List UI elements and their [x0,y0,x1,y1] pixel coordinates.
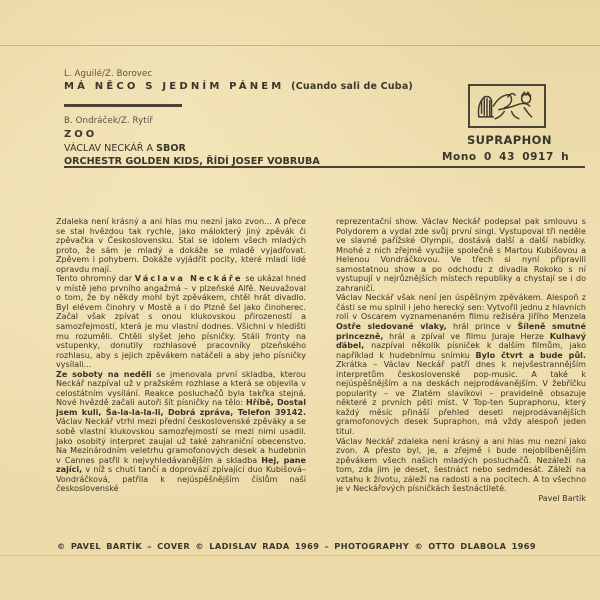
body-text: Václav Neckář zdaleka není krásný a ani … [336,437,586,494]
side-a-original-title: (Cuando sali de Cuba) [291,81,413,92]
lion-with-lyre-icon [470,86,544,126]
liner-notes-left-column: Zdaleka není krásný a ani hlas mu nezní … [56,217,306,494]
body-text: se ukázal hned v místě jeho prvního anga… [56,274,306,369]
liner-notes-right-column: reprezentační show. Václav Neckář podeps… [336,217,586,503]
fold-line-top [0,45,600,46]
side-b-title: ZOO [64,129,97,140]
liner-paragraph: reprezentační show. Václav Neckář podeps… [336,217,586,293]
side-b-composers: B. Ondráček/Z. Rytíř [64,116,153,126]
author-signature: Pavel Bartík [336,494,586,504]
liner-paragraph: Tento ohromný dar Václava Neckáře se uká… [56,274,306,369]
supraphon-logo [468,84,546,128]
emphasis-text: Ze soboty na neděli [56,370,152,379]
liner-paragraph: Václav Neckář zdaleka není krásný a ani … [336,437,586,494]
emphasis-text: Ostře sledované vlaky, [336,322,447,331]
fold-line-bottom [0,555,600,556]
liner-paragraph: Ze soboty na neděli se jmenovala první s… [56,370,306,494]
body-text: Václav Neckář však není jen úspěšným zpě… [336,293,586,321]
body-text: Zdaleka není krásný a ani hlas mu nezní … [56,217,306,274]
performer: VÁCLAV NECKÁŘ A SBOR [64,143,186,154]
header-rule [64,166,585,168]
brand-name: SUPRAPHON [467,133,552,147]
emphasis-text: Bylo čtvrt a bude půl. [476,351,586,360]
body-text: v níž s chutí tančí a doprovází zpívajíc… [56,465,306,493]
body-text: hrál a zpíval ve filmu Juraje Herze [383,332,549,341]
liner-paragraph: Václav Neckář však není jen úspěšným zpě… [336,293,586,436]
side-a-composers: L. Aguilé/Z. Borovec [64,69,152,79]
body-text: Zkrátka – Václav Neckář patří dnes k nej… [336,360,586,436]
catalog-number: Mono 0 43 0917 h [442,151,569,163]
track-separator [64,104,182,107]
copyright-footer: © PAVEL BARTÍK – COVER © LADISLAV RADA 1… [57,541,536,551]
liner-paragraph: Zdaleka není krásný a ani hlas mu nezní … [56,217,306,274]
side-a-title-text: MÁ NĚCO S JEDNÍM PÁNEM [64,81,284,92]
body-text: Tento ohromný dar [56,274,135,283]
side-a-title: MÁ NĚCO S JEDNÍM PÁNEM (Cuando sali de C… [64,81,413,92]
performer-name: VÁCLAV NECKÁŘ A [64,143,153,154]
emphasis-text: Václava Neckáře [135,274,243,283]
performer-choir: SBOR [156,143,186,154]
body-text: hrál prince v [447,322,518,331]
body-text: reprezentační show. Václav Neckář podeps… [336,217,586,293]
